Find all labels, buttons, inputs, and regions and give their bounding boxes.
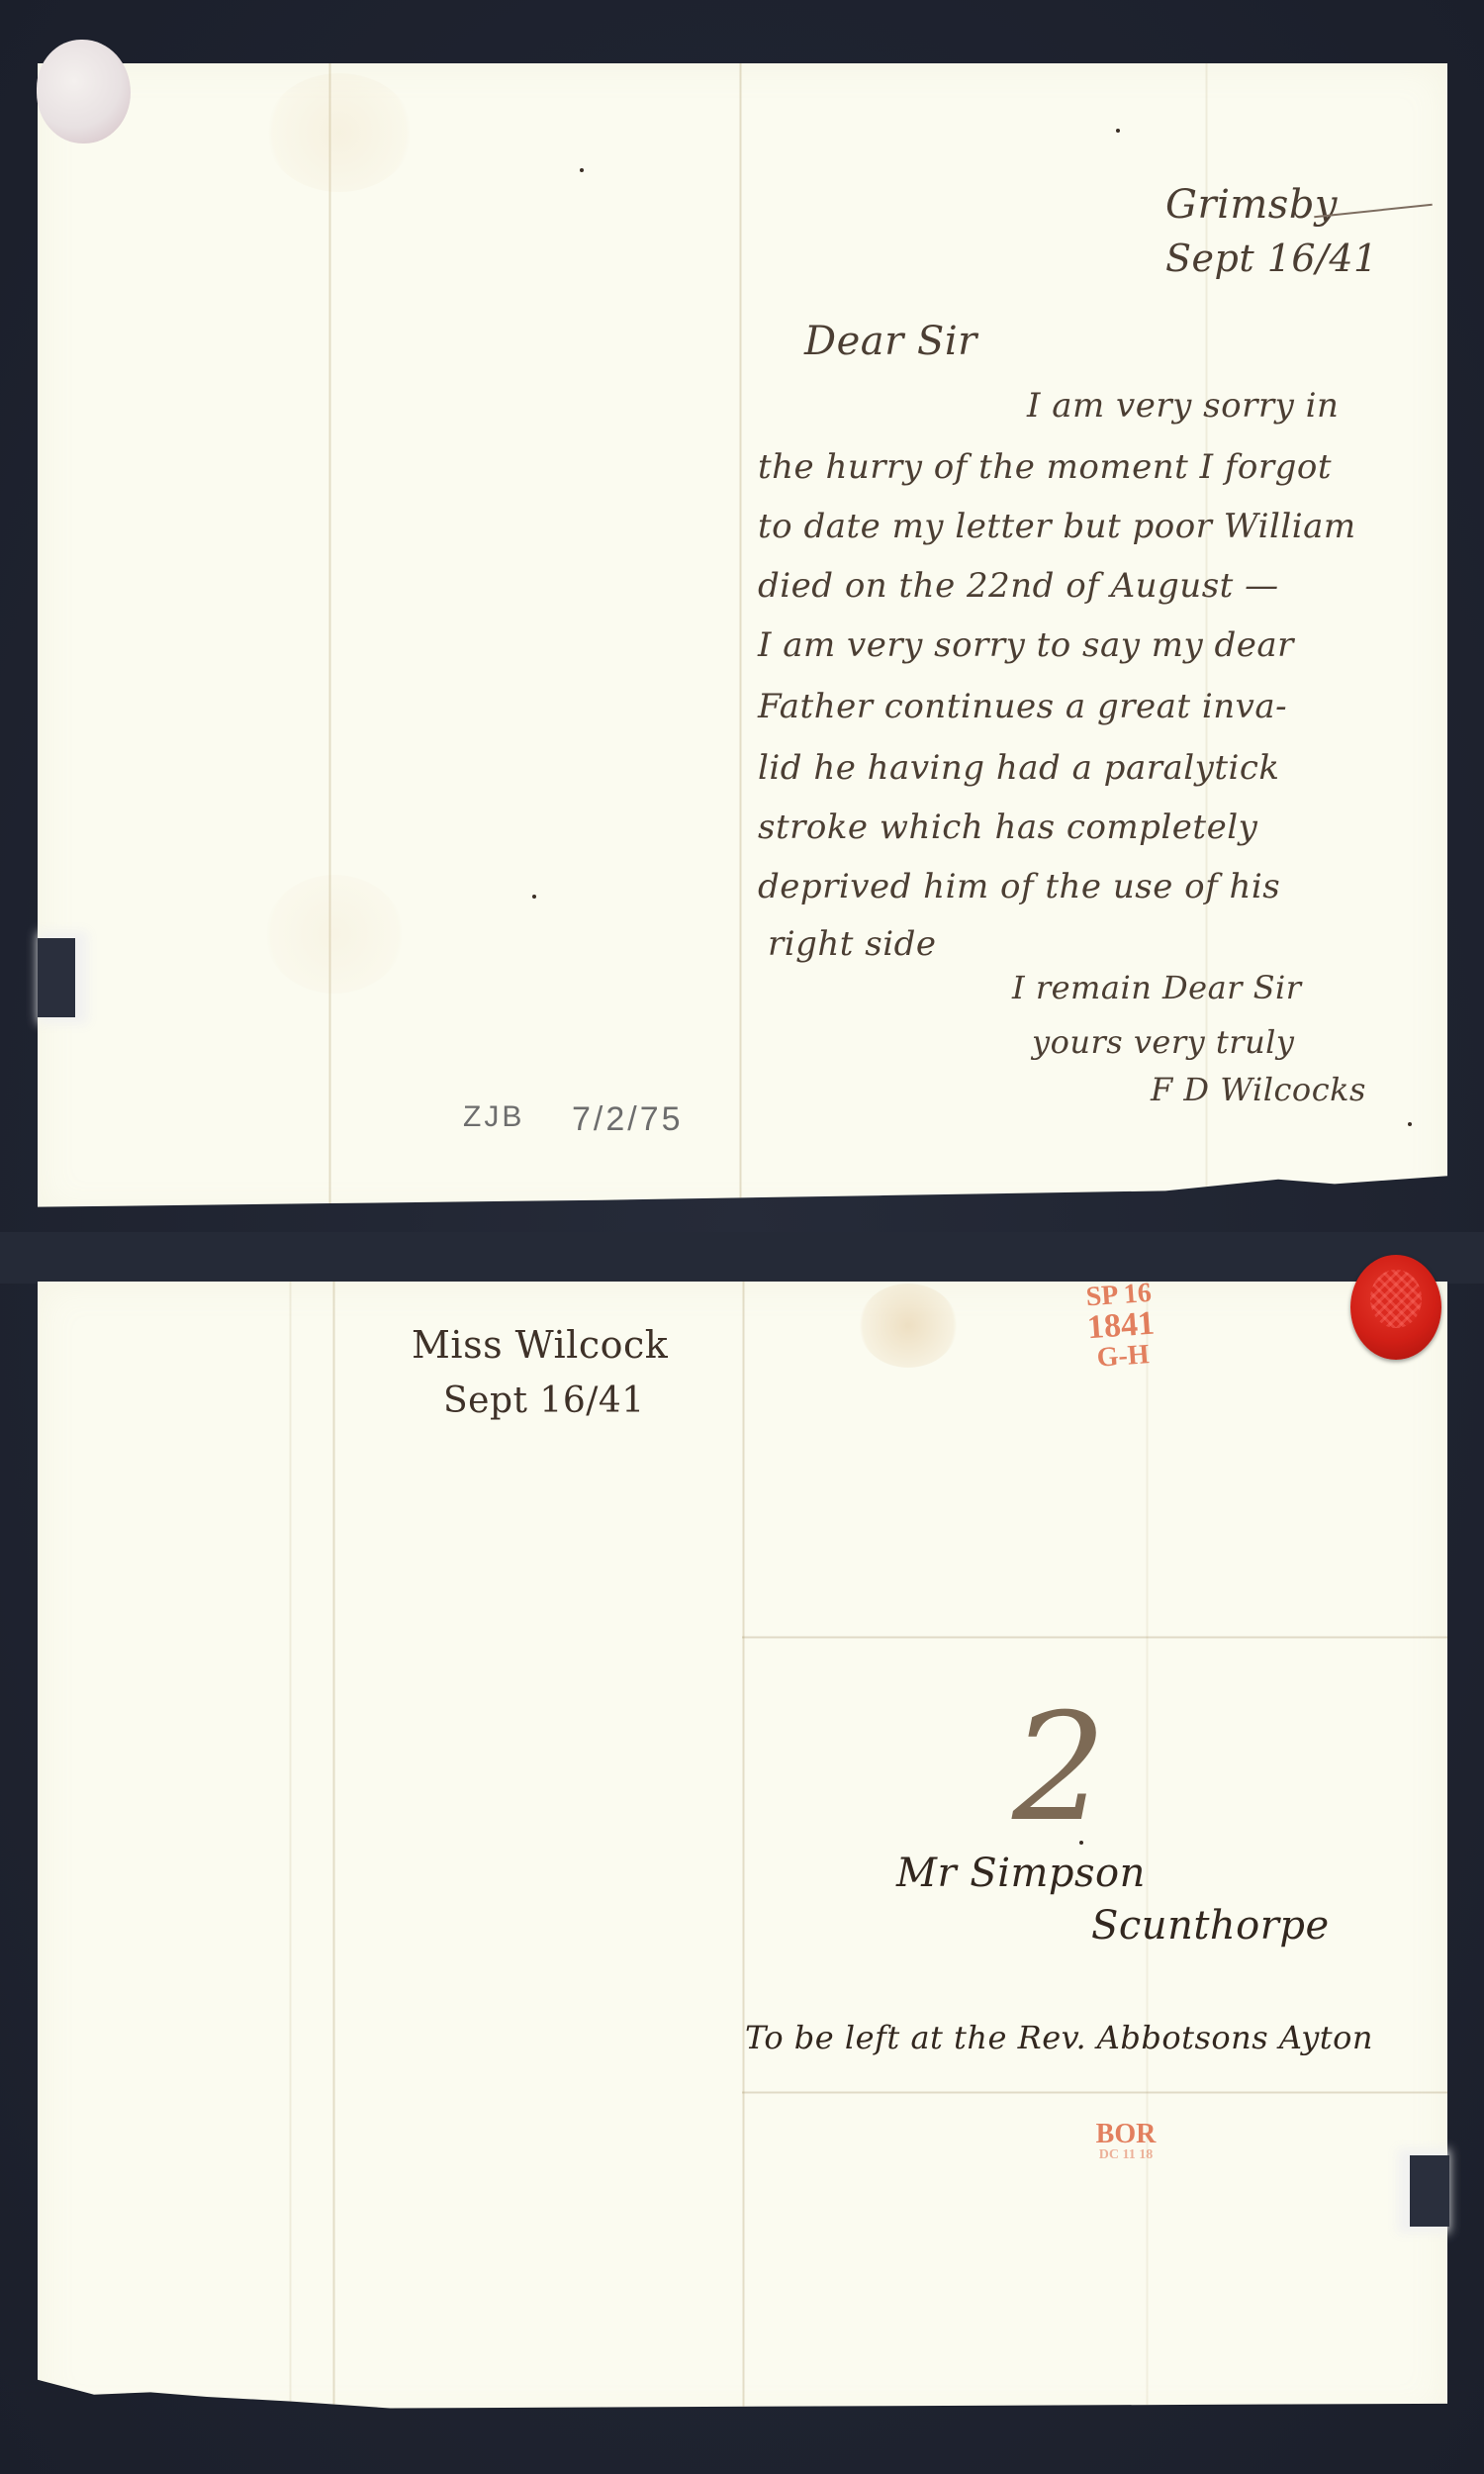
postmark-grimsby: SP 16 1841 G-H — [1054, 1278, 1188, 1376]
docket-name: Miss Wilcock — [412, 1323, 668, 1367]
letter-line: Father continues a great inva- — [758, 687, 1287, 726]
fold-line — [742, 2091, 1447, 2094]
paper-tear — [1410, 2155, 1449, 2227]
fold-line — [739, 63, 742, 1216]
fold-line — [332, 1282, 335, 2420]
letter-line: right side — [768, 924, 936, 964]
letter-place: Grimsby — [1165, 182, 1338, 228]
fold-line — [742, 1282, 745, 2420]
fold-line — [289, 1282, 292, 2420]
seal-emboss-pattern — [1370, 1270, 1422, 1328]
fold-line — [742, 1636, 1447, 1639]
ink-speck — [532, 895, 536, 899]
postmark-line: BOR — [1071, 2121, 1180, 2148]
postmark-line: DC 11 18 — [1071, 2148, 1180, 2162]
seal-residue — [37, 40, 131, 143]
faint-postmark-offset — [265, 73, 414, 192]
faint-postmark-offset — [859, 1284, 958, 1368]
postmark-boro: BOR DC 11 18 — [1071, 2121, 1180, 2162]
letter-salutation: Dear Sir — [804, 319, 977, 364]
letter-back-page: Miss Wilcock Sept 16/41 SP 16 1841 G-H 2… — [38, 1282, 1447, 2420]
postage-due-numeral: 2 — [1012, 1682, 1106, 1855]
letter-closing-line: I remain Dear Sir — [1012, 969, 1302, 1006]
letter-line: deprived him of the use of his — [758, 867, 1280, 906]
archival-initials: ZJB — [463, 1100, 524, 1134]
paper-tear — [38, 938, 75, 1017]
recipient-name: Mr Simpson — [896, 1851, 1146, 1896]
separator-band — [0, 1232, 1484, 1284]
letter-signature: F D Wilcocks — [1151, 1071, 1366, 1108]
docket-date: Sept 16/41 — [443, 1380, 645, 1421]
letter-line: lid he having had a paralytick — [758, 748, 1280, 788]
wax-seal — [1350, 1255, 1441, 1360]
letter-line: the hurry of the moment I forgot — [758, 447, 1332, 487]
letter-date: Sept 16/41 — [1165, 237, 1378, 280]
letter-line: I am very sorry to say my dear — [758, 625, 1294, 665]
letter-line: I am very sorry in — [1027, 386, 1339, 426]
ink-speck — [580, 168, 584, 172]
fold-line — [328, 63, 331, 1216]
letter-closing-line: yours very truly — [1032, 1023, 1294, 1061]
fold-line — [1146, 1282, 1149, 2420]
letter-line: to date my letter but poor William — [758, 507, 1356, 546]
ink-speck — [1116, 129, 1120, 133]
letter-front-page: Grimsby Sept 16/41 Dear Sir I am very so… — [38, 63, 1447, 1216]
letter-line: died on the 22nd of August — — [758, 566, 1279, 606]
delivery-instruction: To be left at the Rev. Abbotsons Ayton — [745, 2019, 1373, 2056]
faint-postmark-offset — [265, 875, 404, 994]
letter-line: stroke which has completely — [758, 808, 1257, 847]
ink-speck — [1079, 1841, 1083, 1845]
recipient-place: Scunthorpe — [1091, 1903, 1330, 1949]
archival-date: 7/2/75 — [572, 1100, 684, 1139]
ink-speck — [1408, 1122, 1412, 1126]
